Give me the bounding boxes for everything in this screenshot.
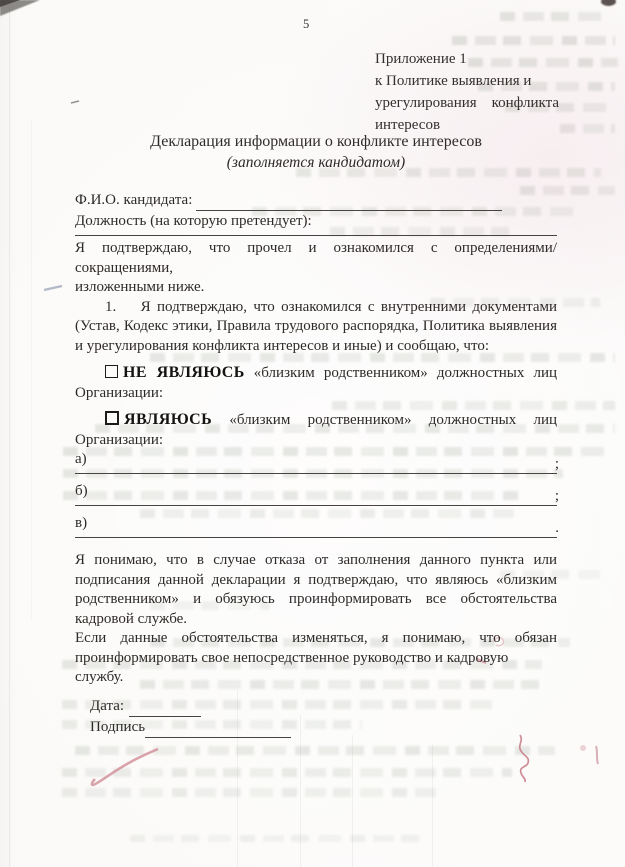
document-subtitle: (заполняется кандидатом): [75, 152, 557, 173]
checkbox-is-relative[interactable]: [105, 411, 119, 425]
checkbox-bold-label: ЯВЛЯЮСЬ: [124, 411, 212, 428]
blank-field-b: б) ;: [75, 482, 557, 514]
blank-field-label: а): [75, 450, 557, 470]
position-input-line[interactable]: [75, 235, 557, 236]
pink-scratch-swoosh: [92, 749, 158, 785]
paragraph-line: 1. Я подтверждаю, что ознакомился с внут…: [75, 298, 557, 318]
paragraph-line: Я подтверждаю, что прочел и ознакомился …: [75, 239, 557, 278]
date-row: Дата:: [90, 696, 557, 717]
paragraph-change-notice: Если данные обстоятельства изменяться, я…: [75, 629, 557, 688]
scanned-document-page: 5 Приложение 1 к Политике выявления и ур…: [0, 0, 625, 867]
position-field-label: Должность (на которую претендует):: [75, 211, 312, 232]
paragraph-line: подписания данной декларации я подтвержд…: [75, 571, 557, 591]
appendix-line: урегулирования конфликта: [375, 92, 559, 114]
paragraph-refusal-notice: Я понимаю, что в случае отказа от заполн…: [75, 551, 557, 629]
pink-dot: [580, 745, 586, 751]
signature-input-line[interactable]: [145, 720, 291, 738]
scan-edge-shadow: [9, 0, 10, 867]
date-label: Дата:: [90, 696, 124, 717]
paragraph-line: кадровой службе.: [75, 610, 557, 630]
checkbox-bold-label: НЕ ЯВЛЯЮСЬ: [123, 364, 245, 381]
bleedthrough-line: [62, 768, 512, 777]
document-body: Декларация информации о конфликте интере…: [75, 131, 557, 738]
gray-fleck: [71, 101, 79, 103]
line-terminator: .: [555, 519, 559, 539]
blank-field-underline[interactable]: [75, 537, 557, 538]
checkbox-text: «близким родственником» должностных лиц: [254, 365, 557, 381]
checkbox-line: ЯВЛЯЮСЬ «близким родственником» должност…: [75, 410, 557, 431]
blank-field-a: а) ;: [75, 450, 557, 482]
paragraph-line: проинформировать свое непосредственное р…: [75, 649, 557, 688]
bleedthrough-line: [62, 788, 442, 797]
bleedthrough-line: [500, 12, 605, 21]
paragraph-item1: 1. Я подтверждаю, что ознакомился с внут…: [75, 298, 557, 357]
fio-field-label: Ф.И.О. кандидата:: [75, 190, 192, 211]
signature-row: Подпись: [90, 717, 557, 738]
appendix-heading: Приложение 1 к Политике выявления и урег…: [375, 48, 559, 136]
blank-field-label: в): [75, 514, 557, 534]
fio-field-row: Ф.И.О. кандидата:: [75, 190, 557, 211]
appendix-line: Приложение 1: [375, 48, 559, 70]
scan-crease-line: [31, 120, 32, 620]
checkbox-not-relative[interactable]: [105, 365, 118, 378]
page-number: 5: [303, 17, 309, 32]
checkbox-option-is-relative: ЯВЛЯЮСЬ «близким родственником» должност…: [75, 410, 557, 450]
paragraph-line: (Устав, Кодекс этики, Правила трудового …: [75, 317, 557, 337]
blank-field-v: в) .: [75, 514, 557, 546]
paragraph-intro: Я подтверждаю, что прочел и ознакомился …: [75, 239, 557, 298]
paper-fold-line: [432, 745, 433, 867]
pink-squiggle: [520, 735, 529, 782]
paragraph-line: изложенными ниже.: [75, 278, 557, 298]
bleedthrough-line: [452, 36, 615, 45]
scan-blob-artifact: [601, 0, 616, 6]
blank-field-underline[interactable]: [75, 473, 557, 474]
fio-input-line[interactable]: [196, 193, 502, 211]
checkbox-line: Организации:: [75, 431, 557, 451]
paragraph-line: и урегулирования конфликта интересов и и…: [75, 337, 557, 357]
appendix-line: к Политике выявления и: [375, 70, 559, 92]
checkbox-text: «близким родственником» должностных лиц: [229, 412, 557, 428]
line-terminator: ;: [555, 487, 559, 507]
checkbox-line: Организации:: [75, 384, 557, 404]
bleedthrough-line: [560, 124, 615, 133]
blank-field-label: б): [75, 482, 557, 502]
item-number: 1.: [105, 299, 116, 315]
scan-corner-artifact-dark: [0, 0, 20, 7]
checkbox-option-not-relative: НЕ ЯВЛЯЮСЬ «близким родственником» должн…: [75, 363, 557, 403]
blank-field-underline[interactable]: [75, 505, 557, 506]
signature-label: Подпись: [90, 717, 145, 738]
blue-fleck: [44, 286, 62, 290]
paragraph-line: Если данные обстоятельства изменяться, я…: [75, 629, 557, 649]
paper-fold-line: [300, 715, 301, 867]
paper-fold-line: [352, 735, 353, 867]
pink-edge-mark: [596, 746, 598, 764]
position-field-row: Должность (на которую претендует):: [75, 211, 557, 232]
date-input-line[interactable]: [129, 699, 201, 717]
checkbox-line: НЕ ЯВЛЯЮСЬ «близким родственником» должн…: [75, 363, 557, 384]
paragraph-line: родственником» и обязуюсь проинформирова…: [75, 590, 557, 610]
paragraph-line: Я понимаю, что в случае отказа от заполн…: [75, 551, 557, 571]
document-title: Декларация информации о конфликте интере…: [75, 131, 557, 152]
line-terminator: ;: [555, 455, 559, 475]
bleedthrough-line: [75, 746, 555, 755]
bleedthrough-line: [130, 835, 420, 842]
item-text: Я подтверждаю, что ознакомился с внутрен…: [141, 299, 557, 315]
